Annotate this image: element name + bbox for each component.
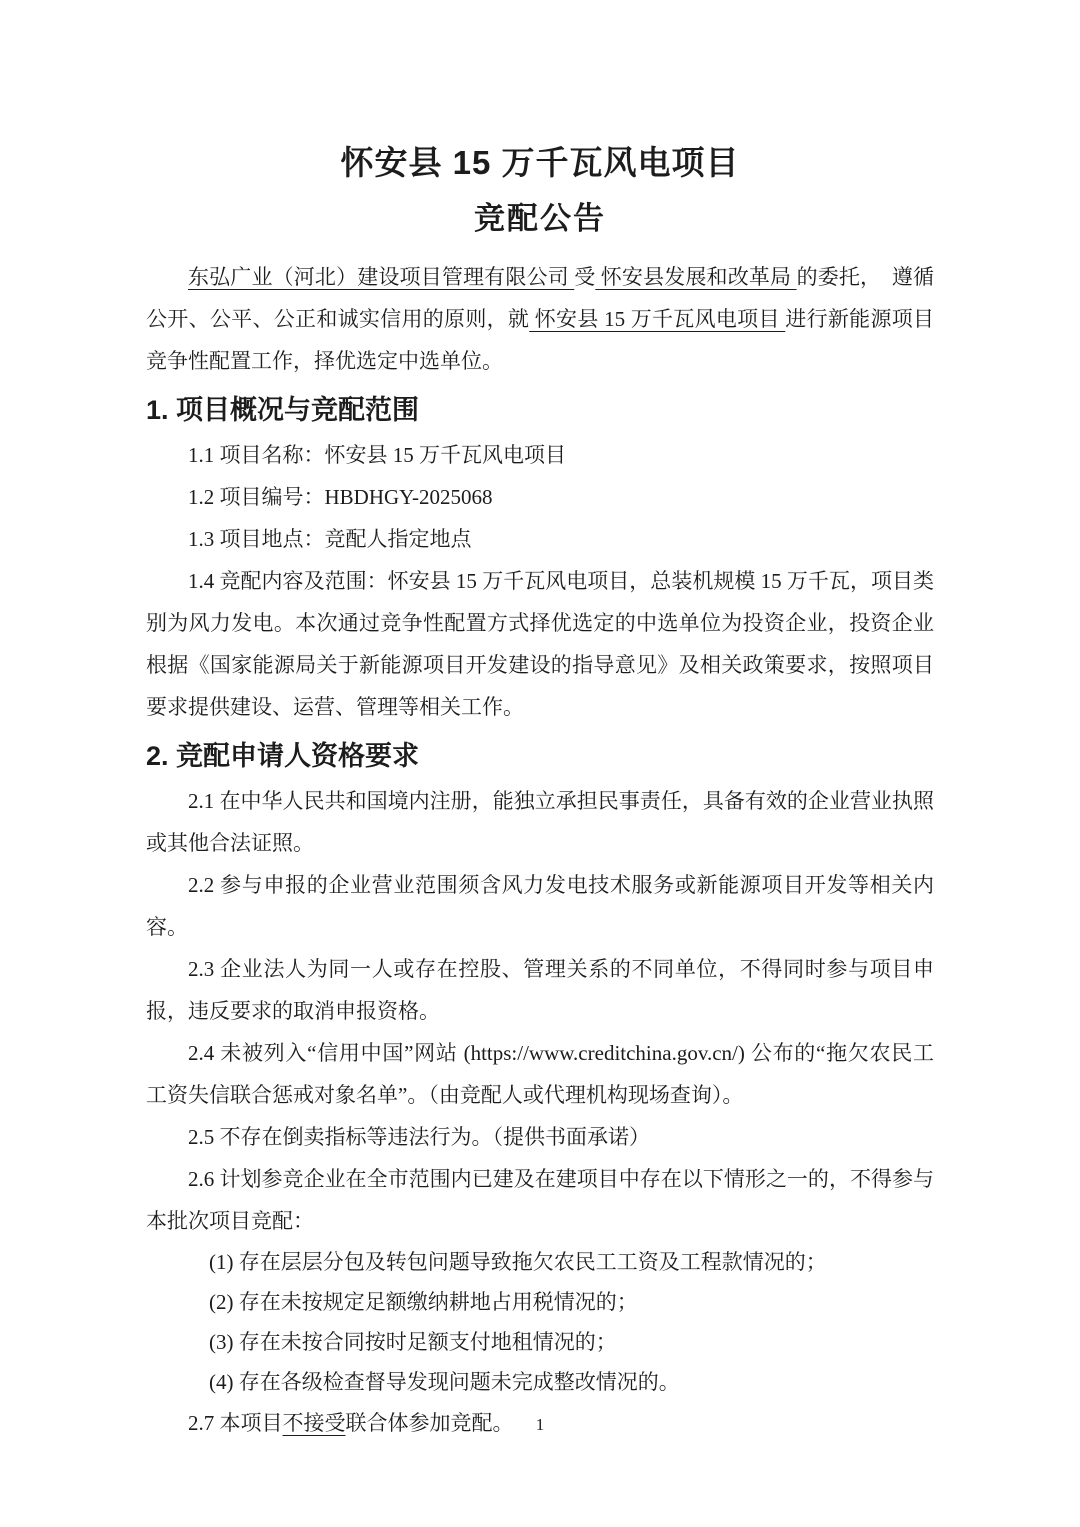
paragraph-1-3: 1.3 项目地点：竞配人指定地点 xyxy=(146,518,934,560)
paragraph-2-2: 2.2 参与申报的企业营业范围须含风力发电技术服务或新能源项目开发等相关内容。 xyxy=(146,864,934,948)
sublist-item-3: (3) 存在未按合同按时足额支付地租情况的； xyxy=(146,1322,934,1362)
authority-name: 怀安县发展和改革局 xyxy=(595,265,796,289)
sublist-item-1: (1) 存在层层分包及转包问题导致拖欠农民工工资及工程款情况的； xyxy=(146,1242,934,1282)
section-2-heading: 2. 竞配申请人资格要求 xyxy=(146,737,934,775)
project-name: 怀安县 15 万千瓦风电项目 xyxy=(529,307,785,331)
paragraph-1-4: 1.4 竞配内容及范围：怀安县 15 万千瓦风电项目，总装机规模 15 万千瓦，… xyxy=(146,560,934,728)
paragraph-2-4: 2.4 未被列入“信用中国”网站 (https://www.creditchin… xyxy=(146,1032,934,1116)
document-page: 怀安县 15 万千瓦风电项目 竞配公告 东弘广业（河北）建设项目管理有限公司 受… xyxy=(0,0,1080,1527)
document-title: 怀安县 15 万千瓦风电项目 xyxy=(146,142,934,184)
document-subtitle: 竞配公告 xyxy=(146,198,934,240)
agency-name: 东弘广业（河北）建设项目管理有限公司 xyxy=(188,265,574,289)
paragraph-1-2: 1.2 项目编号：HBDHGY-2025068 xyxy=(146,476,934,518)
document-content: 怀安县 15 万千瓦风电项目 竞配公告 东弘广业（河北）建设项目管理有限公司 受… xyxy=(0,0,1080,1444)
intro-paragraph: 东弘广业（河北）建设项目管理有限公司 受 怀安县发展和改革局 的委托， 遵循公开… xyxy=(146,256,934,382)
sublist-item-4: (4) 存在各级检查督导发现问题未完成整改情况的。 xyxy=(146,1362,934,1402)
paragraph-2-5: 2.5 不存在倒卖指标等违法行为。（提供书面承诺） xyxy=(146,1116,934,1158)
paragraph-2-6: 2.6 计划参竞企业在全市范围内已建及在建项目中存在以下情形之一的，不得参与本批… xyxy=(146,1158,934,1242)
page-number: 1 xyxy=(0,1415,1080,1435)
intro-text: 受 xyxy=(574,265,595,289)
sublist-item-2: (2) 存在未按规定足额缴纳耕地占用税情况的； xyxy=(146,1282,934,1322)
section-1-heading: 1. 项目概况与竞配范围 xyxy=(146,391,934,429)
paragraph-2-3: 2.3 企业法人为同一人或存在控股、管理关系的不同单位，不得同时参与项目申报，违… xyxy=(146,948,934,1032)
paragraph-1-1: 1.1 项目名称：怀安县 15 万千瓦风电项目 xyxy=(146,434,934,476)
paragraph-2-1: 2.1 在中华人民共和国境内注册，能独立承担民事责任，具备有效的企业营业执照或其… xyxy=(146,780,934,864)
